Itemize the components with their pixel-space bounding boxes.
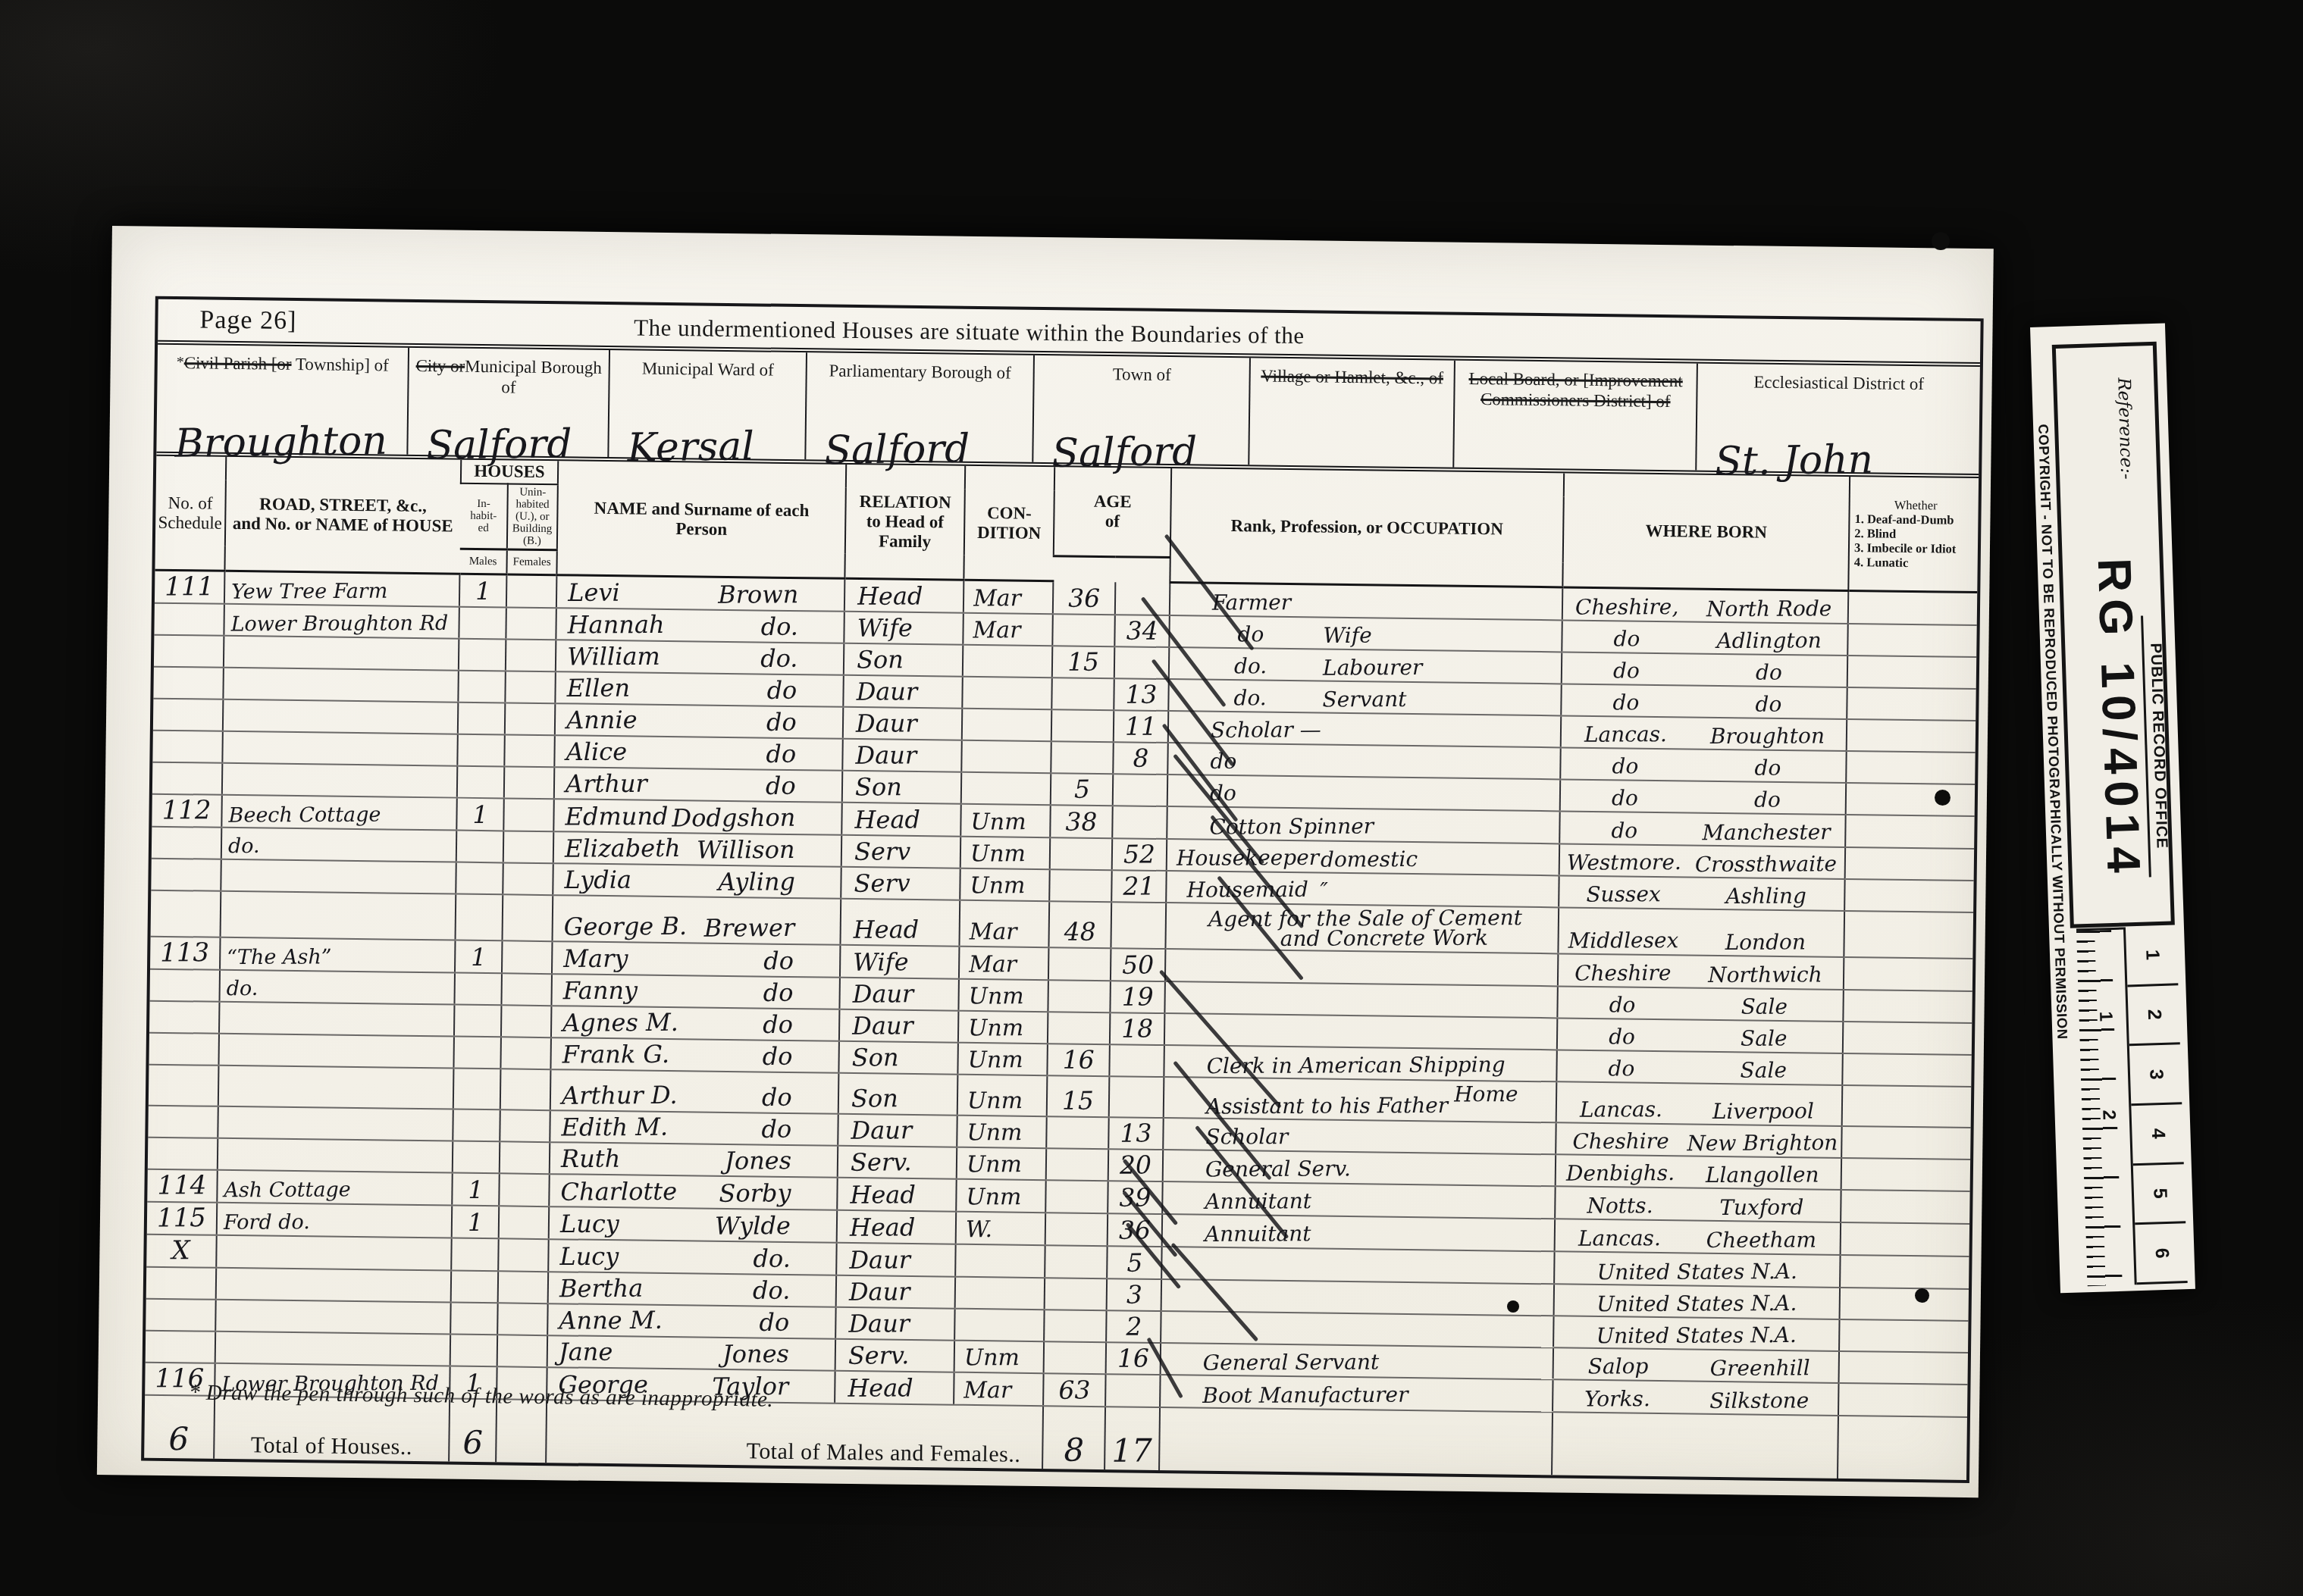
cell-name: Fannydo: [551, 974, 839, 1009]
cell-road: Ash Cottage: [217, 1170, 453, 1206]
col-header-males: Males: [459, 549, 506, 574]
birth-county: Salop: [1587, 1353, 1648, 1379]
condition-value: Unm: [967, 1087, 1023, 1114]
name-parts: Arthurdo: [555, 768, 841, 801]
surname: Jones: [722, 1339, 789, 1368]
condition-value: Mar: [963, 1377, 1011, 1404]
name-parts: George B.Brewer: [553, 911, 840, 944]
label-text: Ecclesiastical District of: [1753, 372, 1924, 393]
cell-age-female: 13: [1114, 678, 1169, 711]
cell-where-born: CheshireNorthwich: [1558, 953, 1844, 990]
cell-disability: [1843, 1022, 1972, 1055]
cell-uninhabited: [499, 1206, 550, 1239]
cell-age-male: [1045, 1213, 1108, 1246]
cell-where-born: Notts.Tuxford: [1555, 1186, 1841, 1222]
surname: do: [763, 1010, 793, 1039]
forename: Lydia: [564, 865, 631, 894]
cell-occupation: General Servant: [1161, 1343, 1553, 1379]
cell-condition: Unm: [960, 837, 1051, 869]
cell-condition: Unm: [958, 979, 1048, 1012]
cell-schedule: [151, 890, 221, 937]
schedule-number: 113: [160, 937, 209, 968]
cell-name: Arthur D.do: [550, 1069, 839, 1114]
cell-disability: [1847, 687, 1976, 721]
forename: Edith M.: [561, 1113, 668, 1142]
age-male-value: 15: [1067, 647, 1099, 677]
birth-county: Cheshire,: [1575, 594, 1678, 620]
struck-label-text: Civil Parish [or: [184, 353, 292, 374]
birth-place: do: [1753, 787, 1780, 812]
forename: Ruth: [561, 1144, 620, 1173]
birth-county: do: [1613, 626, 1640, 651]
cell-age-male: [1050, 837, 1113, 870]
name-parts: RuthJones: [550, 1144, 837, 1176]
cell-where-born: doManchester: [1559, 811, 1845, 847]
cell-condition: [963, 645, 1053, 678]
cell-condition: Mar: [959, 900, 1049, 947]
age-female-value: 34: [1126, 616, 1158, 646]
name-parts: Alicedo: [555, 737, 841, 769]
occupation-value: Wife: [1324, 623, 1372, 648]
cell-name: Arthurdo: [554, 767, 842, 803]
cell-age-female: 18: [1110, 1012, 1165, 1045]
struck-label-text: Village or Hamlet, &c., of: [1261, 367, 1443, 388]
cell-where-born: United States N.A.: [1553, 1316, 1839, 1351]
col-header-disability: Whether1. Deaf-and-Dumb2. Blind3. Imbeci…: [1848, 477, 1979, 593]
cell-occupation: [1161, 1247, 1554, 1284]
cell-where-born: doSale: [1557, 986, 1843, 1022]
birth-place: Crossthwaite: [1695, 851, 1837, 877]
occupation-value: General Serv.: [1205, 1156, 1351, 1181]
birthplace-parts: doSale: [1558, 991, 1842, 1020]
forename: Frank G.: [562, 1040, 670, 1069]
ruler-cell: 4: [2131, 1104, 2183, 1166]
forename: Jane: [559, 1338, 613, 1366]
age-female-value: 13: [1120, 1118, 1151, 1147]
birthplace-value: United States N.A.: [1554, 1322, 1838, 1349]
age-female-value: 21: [1123, 872, 1155, 901]
page-number-label: Page 26]: [199, 305, 296, 336]
district-cell-value: Salford: [1051, 429, 1198, 477]
cell-inhabited: [453, 1069, 501, 1110]
cell-inhabited: 1: [452, 1206, 500, 1239]
cell-age-male: 15: [1052, 646, 1115, 678]
cell-occupation: [1164, 981, 1557, 1018]
cell-road: “The Ash”: [220, 937, 456, 973]
relation-value: Daur: [852, 1011, 913, 1040]
cell-relation: Son: [838, 1041, 958, 1075]
birth-county: Yorks.: [1584, 1386, 1650, 1411]
cell-road: Ford do.: [217, 1203, 453, 1238]
cell-inhabited: [457, 734, 505, 767]
name-parts: Agnes M.do: [552, 1007, 838, 1040]
cell-age-male: [1048, 947, 1111, 981]
cell-schedule: [150, 969, 221, 1002]
cell-age-female: 3: [1107, 1278, 1162, 1311]
ruler-inch-number: 1: [2095, 1011, 2116, 1022]
district-cell-1: *Civil Parish [or Township] ofBroughton: [156, 345, 409, 455]
surname: do: [766, 740, 797, 768]
age-male-value: 15: [1062, 1086, 1094, 1116]
cell-condition: [955, 1277, 1045, 1310]
name-parts: Berthado.: [549, 1273, 835, 1306]
name-parts: Edith M.do: [550, 1112, 837, 1144]
cell-disability: [1845, 815, 1975, 849]
surname: do: [762, 1083, 792, 1112]
occupation-value: Scholar —: [1211, 717, 1321, 743]
birth-county: Lancas.: [1578, 1225, 1661, 1251]
cell-uninhabited: [503, 894, 553, 941]
birth-place: Sale: [1741, 1026, 1788, 1051]
cell-name: Lucydo.: [548, 1239, 836, 1275]
relation-value: Head: [850, 1180, 916, 1209]
cell-relation: Daur: [843, 675, 963, 709]
col-header-relation: RELATION to Head of Family: [844, 465, 965, 580]
forename: Alice: [566, 737, 627, 766]
cell-condition: Mar: [959, 947, 1049, 980]
cell-where-born: United States N.A.: [1554, 1251, 1840, 1288]
cell-age-male: [1048, 980, 1111, 1012]
cell-age-female: 21: [1111, 870, 1167, 903]
birthplace-parts: Yorks.Silkstone: [1553, 1385, 1838, 1414]
relation-value: Head: [850, 1213, 916, 1241]
birth-place: do: [1754, 756, 1781, 781]
cell-condition: Unm: [957, 1147, 1047, 1180]
cell-schedule: [152, 827, 222, 859]
cell-relation: Wife: [840, 945, 960, 979]
name-parts: LeviBrown: [557, 577, 844, 610]
birthplace-parts: MiddlesexLondon: [1559, 927, 1843, 956]
cell-road: do.: [221, 828, 456, 862]
cell-road: [216, 1235, 452, 1271]
cell-where-born: doSale: [1556, 1050, 1842, 1085]
cell-relation: Head: [835, 1371, 954, 1405]
age-female-value: 52: [1123, 840, 1155, 869]
cell-road: [218, 1034, 453, 1069]
cell-name: JaneJones: [547, 1335, 835, 1371]
birth-county: Lancas.: [1584, 721, 1667, 747]
schedule-number: 112: [162, 795, 211, 825]
condition-value: Mar: [973, 585, 1021, 612]
cell-condition: Mar: [954, 1372, 1044, 1406]
cell-where-born: MiddlesexLondon: [1558, 907, 1844, 957]
birthplace-parts: dodo: [1562, 657, 1847, 686]
cell-name: CharlotteSorby: [549, 1174, 837, 1210]
cell-disability: [1841, 1190, 1970, 1224]
cell-occupation: [1161, 1311, 1553, 1347]
label-text: Township] of: [291, 355, 389, 375]
district-cell-8: Ecclesiastical District ofSt. John: [1697, 364, 1980, 474]
cell-age-male: 16: [1047, 1044, 1110, 1076]
cell-uninhabited: [497, 1303, 548, 1335]
cell-road: [221, 891, 456, 940]
cell-uninhabited: [500, 1037, 551, 1069]
relation-value: Serv: [854, 837, 910, 865]
surname: do: [763, 947, 794, 975]
surname: Brown: [718, 580, 798, 609]
cell-relation: Daur: [839, 978, 959, 1011]
cell-where-born: doSale: [1557, 1018, 1843, 1053]
cell-age-male: [1048, 1012, 1111, 1044]
road-name: Ash Cottage: [224, 1178, 350, 1202]
cell-where-born: United States N.A.: [1554, 1284, 1840, 1319]
cell-name: Alicedo: [554, 735, 842, 771]
birth-place: London: [1725, 929, 1805, 955]
cell-occupation: Annuitant: [1162, 1181, 1555, 1219]
cell-where-born: Lancas.Cheetham: [1555, 1219, 1841, 1255]
cell-schedule: [146, 1299, 216, 1332]
col-header-occupation: Rank, Profession, or OCCUPATION: [1170, 468, 1564, 587]
inhabited-mark: 1: [475, 577, 491, 606]
condition-value: Unm: [966, 1184, 1021, 1210]
cell-schedule: 114: [147, 1169, 218, 1203]
cell-condition: Mar: [963, 580, 1054, 614]
cell-schedule: 113: [150, 937, 221, 970]
forename: Lucy: [560, 1210, 619, 1238]
district-cell-label: *Civil Parish [or Township] of: [158, 345, 408, 376]
cell-age-female: [1112, 806, 1167, 839]
cell-schedule: [153, 699, 224, 731]
name-parts: LydiaAyling: [553, 865, 840, 897]
cell-uninhabited: [506, 574, 557, 608]
district-cell-7: Local Board, or [ImprovementCommissioner…: [1454, 361, 1698, 471]
relation-value: Wife: [857, 613, 913, 642]
age-female-value: 3: [1126, 1280, 1142, 1310]
surname: Wylde: [715, 1211, 791, 1241]
cell-name: Anne M.do: [547, 1303, 835, 1339]
cell-schedule: [149, 1065, 219, 1106]
birth-place: Tuxford: [1720, 1194, 1804, 1220]
relation-value: Serv.: [848, 1341, 910, 1369]
cell-relation: Head: [841, 803, 961, 837]
schedule-number: 115: [157, 1203, 206, 1233]
cell-name: George B.Brewer: [553, 895, 841, 945]
cell-where-born: CheshireNew Brighton: [1556, 1122, 1841, 1158]
district-cell-value: St. John: [1715, 437, 1874, 485]
cell-schedule: [148, 1106, 218, 1138]
forename: Anne M.: [559, 1306, 663, 1335]
birth-county: do: [1612, 753, 1638, 778]
ink-dot: [1935, 790, 1950, 806]
ruler-cell: 3: [2129, 1045, 2182, 1106]
cell-occupation: Scholar —: [1168, 711, 1561, 747]
birthplace-parts: doAdlington: [1562, 625, 1847, 654]
relation-value: Son: [851, 1084, 898, 1113]
cell-inhabited: [453, 1109, 500, 1142]
cell-disability: [1844, 879, 1974, 912]
birth-county: do: [1612, 785, 1638, 810]
cell-occupation: Agent for the Sale of Cementand Concrete…: [1165, 903, 1559, 953]
cell-occupation: Housekeeperdomestic: [1167, 839, 1559, 875]
surname: do.: [760, 644, 798, 673]
birthplace-parts: Lancas.Liverpool: [1557, 1096, 1841, 1125]
birth-place: Sale: [1741, 1058, 1788, 1083]
district-cell-label: Town of: [1035, 355, 1249, 386]
surname: do: [763, 978, 794, 1007]
cell-age-male: 36: [1053, 581, 1116, 615]
cell-inhabited: [458, 703, 506, 735]
cell-relation: Son: [838, 1073, 958, 1116]
cell-road: [223, 699, 458, 734]
relation-value: Daur: [848, 1309, 910, 1338]
birth-county: Cheshire: [1572, 1128, 1669, 1154]
struck-label-text: Local Board, or [Improvement: [1468, 369, 1683, 390]
inhabited-mark: 1: [472, 800, 488, 829]
relation-value: Son: [855, 772, 902, 801]
ruler-number: 4: [2146, 1128, 2168, 1140]
cell-name: Edith M.do: [550, 1110, 838, 1146]
cell-relation: Head: [844, 578, 964, 612]
cell-condition: Unm: [957, 1116, 1047, 1148]
ruler-cell: 6: [2135, 1223, 2187, 1285]
age-male-value: 63: [1058, 1375, 1090, 1405]
road-name: Ford do.: [224, 1210, 310, 1235]
cell-relation: Serv.: [835, 1339, 955, 1372]
birthplace-parts: CheshireNorthwich: [1559, 959, 1843, 988]
cell-disability: [1844, 957, 1973, 991]
cell-condition: [962, 677, 1052, 709]
cell-disability: [1841, 1158, 1971, 1191]
cell-condition: [961, 772, 1051, 805]
name-parts: ElizabethWillison: [554, 833, 841, 865]
surname: do.: [752, 1276, 790, 1305]
cell-name: LucyWylde: [549, 1206, 837, 1243]
surname: Dodgshon: [672, 803, 796, 833]
cell-disability: [1846, 751, 1976, 784]
cell-relation: Daur: [839, 1009, 959, 1043]
condition-value: Mar: [970, 918, 1017, 945]
scanned-census-page: Page 26] The undermentioned Houses are s…: [0, 0, 2303, 1596]
cell-condition: W.: [956, 1212, 1046, 1245]
road-name: Beech Cottage: [228, 803, 381, 828]
relation-value: Daur: [856, 677, 917, 706]
cell-where-born: dodo: [1560, 747, 1846, 783]
birthplace-parts: CheshireNew Brighton: [1556, 1128, 1841, 1156]
cell-age-male: [1045, 1180, 1108, 1213]
occupation-value: Assistant to his FatherHome: [1164, 1078, 1556, 1121]
cell-age-male: [1051, 709, 1114, 742]
condition-value: Unm: [968, 1015, 1023, 1041]
birthplace-parts: doSale: [1558, 1023, 1842, 1052]
cell-age-female: 19: [1110, 981, 1165, 1013]
age-female-value: 18: [1121, 1013, 1153, 1043]
cell-age-female: 50: [1111, 948, 1166, 981]
cell-where-born: Westmore.Crossthwaite: [1559, 843, 1845, 879]
col-header-schedule: No. of Schedule: [155, 456, 226, 571]
birth-place: do: [1755, 692, 1781, 717]
cell-age-male: [1046, 1148, 1109, 1181]
forename: Arthur D.: [562, 1081, 678, 1110]
cell-uninhabited: [498, 1238, 549, 1272]
cell-disability: [1840, 1288, 1969, 1321]
district-header-band: *Civil Parish [or Township] ofBroughtonC…: [156, 345, 1980, 478]
age-male-value: 36: [1068, 584, 1100, 613]
relation-value: Head: [854, 805, 920, 834]
cell-age-female: [1105, 1374, 1161, 1407]
birth-county: do: [1612, 690, 1639, 715]
cell-road: do.: [220, 970, 455, 1005]
col-header-name: NAME and Surname of each Person: [556, 461, 846, 578]
forename: Agnes M.: [562, 1008, 678, 1037]
cell-name: Frank G.do: [550, 1037, 838, 1073]
cell-inhabited: 1: [455, 940, 503, 974]
occupation-value: General Servant: [1161, 1348, 1553, 1378]
cell-disability: [1841, 1126, 1971, 1159]
cell-age-female: 11: [1114, 710, 1169, 743]
cell-relation: Daur: [836, 1243, 956, 1277]
condition-value: Unm: [964, 1344, 1020, 1371]
name-parts: Lucydo.: [549, 1241, 835, 1274]
cell-uninhabited: [500, 1109, 550, 1142]
ruler-number: 2: [2142, 1009, 2164, 1020]
cell-schedule: 115: [147, 1202, 218, 1235]
birth-county: Middlesex: [1568, 928, 1678, 953]
cell-disability: [1839, 1351, 1969, 1385]
birth-place: Cheetham: [1706, 1227, 1816, 1253]
totals-empty-cell: [1552, 1412, 1838, 1479]
cell-name: Marydo: [552, 941, 840, 978]
condition-value: Unm: [970, 840, 1026, 867]
cell-disability: [1847, 656, 1977, 689]
age-female-value: 8: [1133, 743, 1148, 773]
cell-uninhabited: [502, 940, 553, 974]
birth-county: do: [1608, 1056, 1634, 1081]
birthplace-parts: doSale: [1557, 1055, 1841, 1084]
district-cell-label: City orMunicipal Borough of: [409, 348, 609, 399]
form-title: The undermentioned Houses are situate wi…: [476, 312, 1462, 352]
cell-uninhabited: [497, 1335, 548, 1367]
cell-name: Anniedo: [555, 703, 843, 739]
cell-road: Beech Cottage: [221, 795, 457, 831]
district-cell-label: Parliamentary Borough of: [807, 352, 1033, 383]
condition-value: Unm: [968, 1047, 1023, 1073]
birth-place: Sale: [1741, 994, 1788, 1019]
age-female-value: 16: [1117, 1343, 1149, 1372]
condition-value: Unm: [970, 872, 1025, 899]
relation-value: Serv.: [851, 1147, 912, 1176]
ruler-inch-number: 2: [2098, 1109, 2119, 1120]
name-parts: LucyWylde: [550, 1209, 836, 1241]
birth-place: Greenhill: [1710, 1355, 1810, 1381]
cell-inhabited: [454, 973, 502, 1006]
cell-schedule: 112: [152, 794, 222, 828]
cell-uninhabited: [505, 671, 556, 703]
col-header-born: WHERE BORN: [1562, 473, 1850, 590]
cell-where-born: dodo: [1562, 652, 1847, 687]
cell-disability: [1848, 591, 1978, 626]
forename: Edmund: [565, 802, 668, 831]
relation-value: Son: [857, 645, 904, 674]
cell-uninhabited: [504, 766, 555, 799]
condition-value: Mar: [969, 951, 1017, 978]
cell-age-male: 5: [1051, 773, 1114, 806]
district-cell-5: Town ofSalford: [1033, 355, 1251, 465]
occupation-ditto: do.: [1233, 685, 1266, 710]
cell-disability: [1846, 783, 1976, 816]
cell-schedule: [151, 859, 221, 891]
name-parts: Williamdo.: [556, 641, 843, 674]
cell-uninhabited: [499, 1173, 550, 1206]
district-cell-2: City orMunicipal Borough ofSalford: [408, 348, 610, 457]
occupation-value: Annuitant: [1163, 1220, 1554, 1250]
condition-value: Unm: [967, 1119, 1022, 1146]
occupation-parts: Housemaid″: [1167, 876, 1558, 906]
cell-where-born: Lancas.Broughton: [1561, 715, 1847, 751]
cell-uninhabited: [500, 1141, 550, 1174]
forename: Fanny: [563, 976, 638, 1006]
cell-occupation: do.Servant: [1168, 679, 1561, 715]
census-sheet: Page 26] The undermentioned Houses are s…: [97, 226, 1994, 1497]
